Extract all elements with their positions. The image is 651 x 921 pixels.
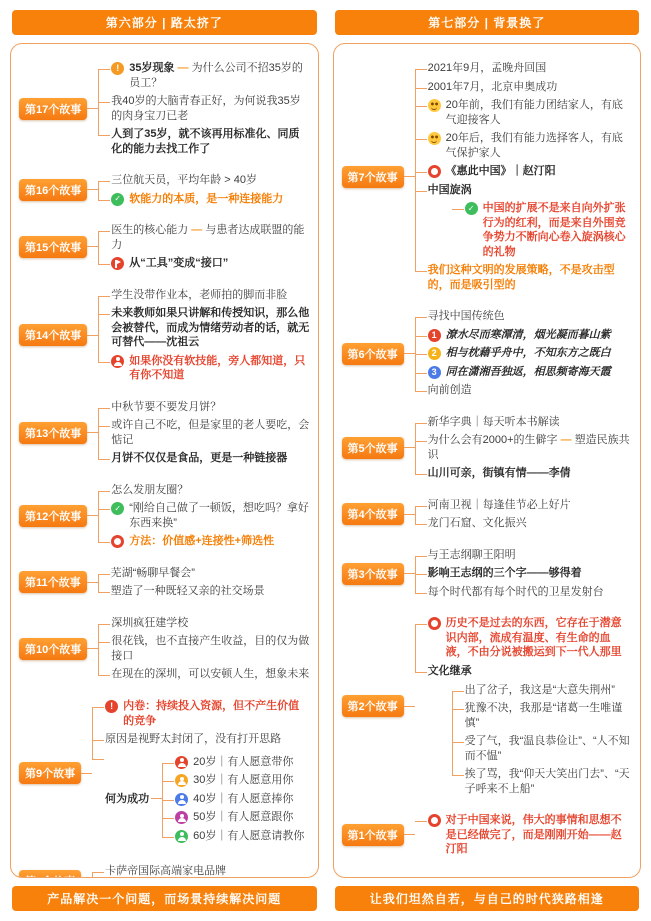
list-item: 30岁｜有人愿意用你 bbox=[175, 773, 304, 788]
story-group: 第14个故事学生没带作业本，老师拍的脚而非脸未来教师如果只讲解和传授知识，那么他… bbox=[19, 284, 310, 387]
story-group: 第16个故事三位航天员，平均年龄 > 40岁✓软能力的本质，是一种连接能力 bbox=[19, 169, 310, 210]
person-icon bbox=[111, 355, 124, 368]
item-text: 同在潇湘吾独返，相思频寄海天霞 bbox=[446, 365, 611, 380]
list-item: 40岁｜有人愿意捧你 bbox=[175, 792, 304, 807]
item-text: 对于中国来说，伟大的事情和思想不是已经做完了，而是刚刚开始——赵汀阳 bbox=[446, 813, 632, 857]
list-item: 三位航天员，平均年龄 > 40岁 bbox=[111, 173, 309, 188]
list-item: ✓“刚给自己做了一顿饭，想吃吗？拿好东西来换” bbox=[111, 501, 309, 530]
story-group: 第9个故事!内卷：持续投入资源，但不产生价值的竞争原因是视野太封闭了，没有打开思… bbox=[19, 695, 310, 851]
connector-line bbox=[404, 834, 415, 835]
check-icon: ✓ bbox=[465, 202, 478, 215]
story-label: 第7个故事 bbox=[342, 166, 404, 188]
list-item: 犹豫不决，我那是“诸葛一生唯谨慎” bbox=[465, 701, 632, 730]
story-group: 第4个故事河南卫视｜每逢佳节必上好片龙门石窟、文化振兴 bbox=[342, 494, 633, 535]
item-text: 我们这种文明的发展策略，不是攻击型的，而是吸引型的 bbox=[428, 263, 632, 292]
item-text: 深圳疯狂建学校 bbox=[111, 616, 188, 631]
list-item: 在现在的深圳，可以安顿人生，想象未来 bbox=[111, 667, 309, 682]
item-text: 龙门石窟、文化振兴 bbox=[428, 516, 527, 531]
story-label: 第9个故事 bbox=[19, 762, 81, 784]
story-label: 第10个故事 bbox=[19, 638, 87, 660]
item-text: 50岁｜有人愿意跟你 bbox=[193, 810, 293, 825]
story-group: 第2个故事历史不是过去的东西，它存在于潜意识内部，流成有温度、有生命的血液，不由… bbox=[342, 612, 633, 800]
story-group: 第17个故事!35岁现象 — 为什么公司不招35岁的员工？我40岁的大脑青春正好… bbox=[19, 57, 310, 160]
item-text: 受了气，我“温良恭俭让”、“人不知而不愠” bbox=[465, 734, 632, 763]
list-item: 新华字典｜每天听本书解读 bbox=[428, 415, 632, 430]
item-text: 向前创造 bbox=[428, 383, 472, 398]
story-group: 第10个故事深圳疯狂建学校很花钱，也不直接产生收益，目的仅为做接口在现在的深圳，… bbox=[19, 612, 310, 686]
story-label: 第8个故事 bbox=[19, 870, 81, 878]
story-group: 第15个故事医生的核心能力 — 与患者达成联盟的能力从“工具”变成“接口” bbox=[19, 219, 310, 275]
item-text: 中国旋涡 bbox=[428, 183, 472, 198]
list-item: 2001年7月，北京申奥成功 bbox=[428, 80, 632, 95]
column-part6: 第六部分 | 路太挤了 第17个故事!35岁现象 — 为什么公司不招35岁的员工… bbox=[10, 8, 319, 913]
item-text: 中国的扩展不是来自向外扩张行为的红利，而是来自外围竞争势力不断向心卷入旋涡核心的… bbox=[483, 201, 632, 259]
list-item: 龙门石窟、文化振兴 bbox=[428, 516, 632, 531]
person-icon bbox=[175, 774, 188, 787]
list-item: 何为成功20岁｜有人愿意带你30岁｜有人愿意用你40岁｜有人愿意捧你50岁｜有人… bbox=[105, 751, 309, 848]
story-label: 第17个故事 bbox=[19, 98, 87, 120]
item-text: 或许自己不吃，但是家里的老人要吃，会惦记 bbox=[111, 418, 309, 447]
target-icon bbox=[111, 535, 124, 548]
connector-line bbox=[151, 798, 162, 799]
flag-icon bbox=[111, 257, 124, 270]
connector-line bbox=[452, 691, 453, 776]
connector-line bbox=[98, 296, 99, 362]
connector-line bbox=[415, 556, 416, 593]
list-item: 很花钱，也不直接产生收益，目的仅为做接口 bbox=[111, 634, 309, 663]
alert-icon: ! bbox=[105, 700, 118, 713]
item-text: 40岁｜有人愿意捧你 bbox=[193, 792, 293, 807]
list-item: ✓中国的扩展不是来自向外扩张行为的红利，而是来自外围竞争势力不断向心卷入旋涡核心… bbox=[465, 201, 632, 259]
story-label: 第2个故事 bbox=[342, 695, 404, 717]
person-icon bbox=[175, 756, 188, 769]
list-item: 出了岔子，我这是“大意失荆州” bbox=[465, 683, 632, 698]
number-3-icon: 3 bbox=[428, 366, 441, 379]
list-item: 中秋节要不要发月饼？ bbox=[111, 400, 309, 415]
item-text: 软能力的本质，是一种连接能力 bbox=[129, 192, 283, 207]
item-text: 如果你没有软技能，旁人都知道，只有你不知道 bbox=[129, 354, 309, 383]
connector-line bbox=[87, 108, 98, 109]
list-item: 未来教师如果只讲解和传授知识，那么他会被替代，而成为情绪劳动者的话，就无可替代—… bbox=[111, 306, 309, 350]
story-label: 第1个故事 bbox=[342, 824, 404, 846]
item-text: 三位航天员，平均年龄 > 40岁 bbox=[111, 173, 257, 188]
story-group: 第6个故事寻找中国传统色1潦水尽而寒潭清，烟光凝而暮山紫2相与枕藉乎舟中，不知东… bbox=[342, 305, 633, 402]
item-text: 医生的核心能力 — 与患者达成联盟的能力 bbox=[111, 223, 309, 252]
item-text: 20岁｜有人愿意带你 bbox=[193, 755, 293, 770]
item-text: 35岁现象 — 为什么公司不招35岁的员工？ bbox=[129, 61, 309, 90]
item-text: 每个时代都有每个时代的卫星发射台 bbox=[428, 585, 604, 600]
connector-line bbox=[415, 423, 416, 475]
list-item: 月饼不仅仅是食品，更是一种链接器 bbox=[111, 451, 309, 466]
story-label: 第15个故事 bbox=[19, 236, 87, 258]
story-group: 第13个故事中秋节要不要发月饼？或许自己不吃，但是家里的老人要吃，会惦记月饼不仅… bbox=[19, 396, 310, 470]
target-icon bbox=[428, 165, 441, 178]
item-text: 在现在的深圳，可以安顿人生，想象未来 bbox=[111, 667, 309, 682]
part6-footer: 产品解决一个问题，而场景持续解决问题 bbox=[12, 886, 317, 911]
story-label: 第14个故事 bbox=[19, 324, 87, 346]
item-text: 学生没带作业本，老师拍的脚而非脸 bbox=[111, 288, 287, 303]
column-part7: 第七部分 | 背景换了 第7个故事2021年9月，孟晚舟回国2001年7月，北京… bbox=[333, 8, 642, 913]
connector-line bbox=[98, 408, 99, 460]
person-icon bbox=[175, 811, 188, 824]
person-icon bbox=[175, 793, 188, 806]
connector-line bbox=[87, 189, 98, 190]
connector-line bbox=[92, 872, 93, 878]
story-group: 第11个故事芜湖“畅聊早餐会”塑造了一种既轻又亲的社交场景 bbox=[19, 562, 310, 603]
check-icon: ✓ bbox=[111, 193, 124, 206]
connector-line bbox=[87, 582, 98, 583]
list-item: 20年后，我们有能力选择客人，有底气保护家人 bbox=[428, 131, 632, 160]
connector-line bbox=[415, 69, 416, 271]
story-group: 第8个故事卡萨帝国际高端家电品牌✓用户需要的不是厨房，而是美食 bbox=[19, 860, 310, 878]
person-icon bbox=[175, 830, 188, 843]
list-item: 20年前，我们有能力团结家人，有底气迎接客人 bbox=[428, 98, 632, 127]
story-group: 第5个故事新华字典｜每天听本书解读为什么会有2000+的生僻字 — 塑造民族共识… bbox=[342, 411, 633, 485]
item-text: 寻找中国传统色 bbox=[428, 309, 505, 324]
list-item: 我们这种文明的发展策略，不是攻击型的，而是吸引型的 bbox=[428, 263, 632, 292]
target-icon bbox=[428, 814, 441, 827]
item-text: 20年后，我们有能力选择客人，有底气保护家人 bbox=[446, 131, 632, 160]
part6-header: 第六部分 | 路太挤了 bbox=[12, 10, 317, 35]
list-item: 20岁｜有人愿意带你 bbox=[175, 755, 304, 770]
list-item: !内卷：持续投入资源，但不产生价值的竞争 bbox=[105, 699, 309, 728]
item-text: 2021年9月，孟晚舟回国 bbox=[428, 61, 547, 76]
list-item: 如果你没有软技能，旁人都知道，只有你不知道 bbox=[111, 354, 309, 383]
item-text: 潦水尽而寒潭清，烟光凝而暮山紫 bbox=[446, 328, 611, 343]
item-text: 《惠此中国》｜赵汀阳 bbox=[446, 164, 556, 179]
list-item: 50岁｜有人愿意跟你 bbox=[175, 810, 304, 825]
part7-footer: 让我们坦然自若，与自己的时代狭路相逢 bbox=[335, 886, 640, 911]
connector-line bbox=[98, 69, 99, 135]
connector-line bbox=[404, 706, 415, 707]
item-text: 文化继承 bbox=[428, 664, 472, 679]
list-item: !35岁现象 — 为什么公司不招35岁的员工？ bbox=[111, 61, 309, 90]
list-item: 文化继承出了岔子，我这是“大意失荆州”犹豫不决，我那是“诸葛一生唯谨慎”受了气，… bbox=[428, 664, 632, 796]
list-item: 每个时代都有每个时代的卫星发射台 bbox=[428, 585, 632, 600]
item-text: 方法：价值感+连接性+筛选性 bbox=[129, 534, 274, 549]
connector-line bbox=[404, 573, 415, 574]
story-label: 第16个故事 bbox=[19, 179, 87, 201]
story-group: 第1个故事对于中国来说，伟大的事情和思想不是已经做完了，而是刚刚开始——赵汀阳 bbox=[342, 809, 633, 861]
item-text: 中秋节要不要发月饼？ bbox=[111, 400, 221, 415]
list-item: 或许自己不吃，但是家里的老人要吃，会惦记 bbox=[111, 418, 309, 447]
list-item: 寻找中国传统色 bbox=[428, 309, 632, 324]
story-group: 第3个故事与王志纲聊王阳明影响王志纲的三个字——够得着每个时代都有每个时代的卫星… bbox=[342, 544, 633, 604]
list-item: 为什么会有2000+的生僻字 — 塑造民族共识 bbox=[428, 433, 632, 462]
list-item: 方法：价值感+连接性+筛选性 bbox=[111, 534, 309, 549]
story-label: 第12个故事 bbox=[19, 505, 87, 527]
part6-content-box: 第17个故事!35岁现象 — 为什么公司不招35岁的员工？我40岁的大脑青春正好… bbox=[10, 43, 319, 878]
story-label: 第3个故事 bbox=[342, 563, 404, 585]
connector-line bbox=[415, 506, 416, 525]
list-item: 3同在潇湘吾独返，相思频寄海天霞 bbox=[428, 365, 632, 380]
connector-line bbox=[87, 432, 98, 433]
item-text: 内卷：持续投入资源，但不产生价值的竞争 bbox=[123, 699, 309, 728]
connector-line bbox=[87, 335, 98, 336]
list-item: 2021年9月，孟晚舟回国 bbox=[428, 61, 632, 76]
item-text: 很花钱，也不直接产生收益，目的仅为做接口 bbox=[111, 634, 309, 663]
item-text: 影响王志纲的三个字——够得着 bbox=[428, 566, 582, 581]
item-text: 山川可亲，街镇有情——李倩 bbox=[428, 466, 571, 481]
connector-line bbox=[87, 515, 98, 516]
list-item: 对于中国来说，伟大的事情和思想不是已经做完了，而是刚刚开始——赵汀阳 bbox=[428, 813, 632, 857]
item-text: 2001年7月，北京申奥成功 bbox=[428, 80, 558, 95]
connector-line bbox=[415, 317, 416, 391]
item-text: 与王志纲聊王阳明 bbox=[428, 548, 516, 563]
item-text: 塑造了一种既轻又亲的社交场景 bbox=[111, 584, 265, 599]
list-item: ✓软能力的本质，是一种连接能力 bbox=[111, 192, 309, 207]
item-text: 月饼不仅仅是食品，更是一种链接器 bbox=[111, 451, 287, 466]
item-text: 挨了骂，我“仰天大笑出门去”、“天子呼来不上船” bbox=[465, 767, 632, 796]
item-text: 为什么会有2000+的生僻字 — 塑造民族共识 bbox=[428, 433, 632, 462]
item-text: 何为成功 bbox=[105, 792, 149, 807]
connector-line bbox=[415, 624, 416, 672]
list-item: 卡萨帝国际高端家电品牌 bbox=[105, 864, 309, 878]
list-item: 塑造了一种既轻又亲的社交场景 bbox=[111, 584, 310, 599]
story-label: 第4个故事 bbox=[342, 503, 404, 525]
connector-line bbox=[98, 181, 99, 200]
connector-line bbox=[404, 353, 415, 354]
part7-header: 第七部分 | 背景换了 bbox=[335, 10, 640, 35]
list-item: 原因是视野太封闭了，没有打开思路 bbox=[105, 732, 309, 747]
story-label: 第5个故事 bbox=[342, 437, 404, 459]
item-text: 人到了35岁，就不该再用标准化、同质化的能力去找工作了 bbox=[111, 127, 309, 156]
item-text: 30岁｜有人愿意用你 bbox=[193, 773, 293, 788]
story-group: 第12个故事怎么发朋友圈？✓“刚给自己做了一顿饭，想吃吗？拿好东西来换”方法：价… bbox=[19, 479, 310, 553]
list-item: 60岁｜有人愿意请教你 bbox=[175, 829, 304, 844]
list-item: 芜湖“畅聊早餐会” bbox=[111, 566, 310, 581]
list-item: 1潦水尽而寒潭清，烟光凝而暮山紫 bbox=[428, 328, 632, 343]
connector-line bbox=[162, 763, 163, 837]
list-item: 历史不是过去的东西，它存在于潜意识内部，流成有温度、有生命的血液，不由分说被搬运… bbox=[428, 616, 632, 660]
item-text: 从“工具”变成“接口” bbox=[129, 256, 228, 271]
connector-line bbox=[404, 447, 415, 448]
story-label: 第11个故事 bbox=[19, 571, 87, 593]
item-text: 相与枕藉乎舟中，不知东方之既白 bbox=[446, 346, 611, 361]
connector-line bbox=[404, 176, 415, 177]
list-item: 影响王志纲的三个字——够得着 bbox=[428, 566, 632, 581]
item-text: 芜湖“畅聊早餐会” bbox=[111, 566, 195, 581]
list-item: 学生没带作业本，老师拍的脚而非脸 bbox=[111, 288, 309, 303]
item-text: 新华字典｜每天听本书解读 bbox=[428, 415, 560, 430]
connector-line bbox=[87, 648, 98, 649]
smiley-icon bbox=[428, 99, 441, 112]
list-item: 挨了骂，我“仰天大笑出门去”、“天子呼来不上船” bbox=[465, 767, 632, 796]
item-text: 河南卫视｜每逢佳节必上好片 bbox=[428, 498, 571, 513]
item-text: 20年前，我们有能力团结家人，有底气迎接客人 bbox=[446, 98, 632, 127]
item-text: 卡萨帝国际高端家电品牌 bbox=[105, 864, 226, 878]
item-text: 原因是视野太封闭了，没有打开思路 bbox=[105, 732, 281, 747]
item-text: 未来教师如果只讲解和传授知识，那么他会被替代，而成为情绪劳动者的话，就无可替代—… bbox=[111, 306, 309, 350]
list-item: 人到了35岁，就不该再用标准化、同质化的能力去找工作了 bbox=[111, 127, 309, 156]
item-text: 出了岔子，我这是“大意失荆州” bbox=[465, 683, 615, 698]
item-text: 怎么发朋友圈？ bbox=[111, 483, 188, 498]
connector-line bbox=[98, 231, 99, 264]
connector-line bbox=[404, 514, 415, 515]
part7-content-box: 第7个故事2021年9月，孟晚舟回国2001年7月，北京申奥成功20年前，我们有… bbox=[333, 43, 642, 878]
number-1-icon: 1 bbox=[428, 329, 441, 342]
list-item: 从“工具”变成“接口” bbox=[111, 256, 309, 271]
connector-line bbox=[92, 707, 93, 759]
list-item: 向前创造 bbox=[428, 383, 632, 398]
story-label: 第6个故事 bbox=[342, 343, 404, 365]
connector-line bbox=[98, 574, 99, 593]
list-item: 与王志纲聊王阳明 bbox=[428, 548, 632, 563]
list-item: 深圳疯狂建学校 bbox=[111, 616, 309, 631]
story-label: 第13个故事 bbox=[19, 422, 87, 444]
list-item: 2相与枕藉乎舟中，不知东方之既白 bbox=[428, 346, 632, 361]
list-item: 医生的核心能力 — 与患者达成联盟的能力 bbox=[111, 223, 309, 252]
item-text: 犹豫不决，我那是“诸葛一生唯谨慎” bbox=[465, 701, 632, 730]
number-2-icon: 2 bbox=[428, 347, 441, 360]
list-item: 山川可亲，街镇有情——李倩 bbox=[428, 466, 632, 481]
target-icon bbox=[428, 617, 441, 630]
connector-line bbox=[87, 246, 98, 247]
check-icon: ✓ bbox=[111, 502, 124, 515]
list-item: 受了气，我“温良恭俭让”、“人不知而不愠” bbox=[465, 734, 632, 763]
connector-line bbox=[98, 491, 99, 543]
list-item: 中国旋涡✓中国的扩展不是来自向外扩张行为的红利，而是来自外围竞争势力不断向心卷入… bbox=[428, 183, 632, 260]
smiley-icon bbox=[428, 132, 441, 145]
item-text: 我40岁的大脑青春正好，为何说我35岁的肉身宝刀已老 bbox=[111, 94, 309, 123]
exclamation-icon: ! bbox=[111, 62, 124, 75]
connector-line bbox=[81, 773, 92, 774]
item-text: 历史不是过去的东西，它存在于潜意识内部，流成有温度、有生命的血液，不由分说被搬运… bbox=[446, 616, 632, 660]
list-item: 河南卫视｜每逢佳节必上好片 bbox=[428, 498, 632, 513]
list-item: 怎么发朋友圈？ bbox=[111, 483, 309, 498]
mindmap-page: 第六部分 | 路太挤了 第17个故事!35岁现象 — 为什么公司不招35岁的员工… bbox=[0, 0, 651, 921]
connector-line bbox=[98, 624, 99, 676]
item-text: 60岁｜有人愿意请教你 bbox=[193, 829, 304, 844]
list-item: 我40岁的大脑青春正好，为何说我35岁的肉身宝刀已老 bbox=[111, 94, 309, 123]
list-item: 《惠此中国》｜赵汀阳 bbox=[428, 164, 632, 179]
item-text: “刚给自己做了一顿饭，想吃吗？拿好东西来换” bbox=[129, 501, 309, 530]
story-group: 第7个故事2021年9月，孟晚舟回国2001年7月，北京申奥成功20年前，我们有… bbox=[342, 57, 633, 296]
